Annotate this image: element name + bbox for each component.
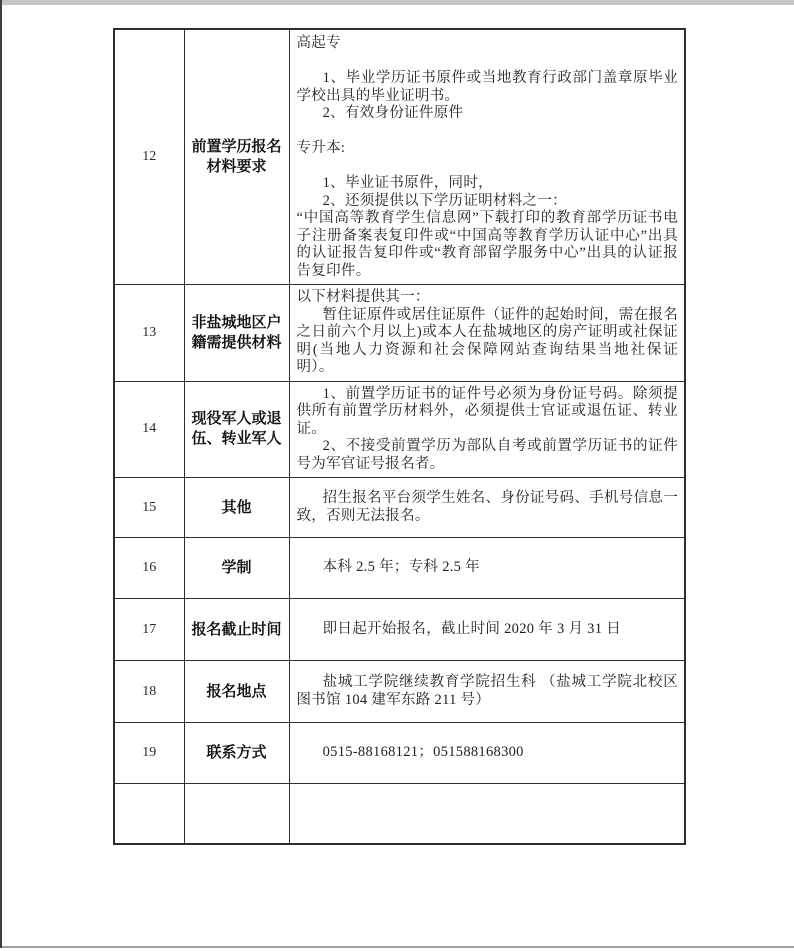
- row-label-cell: 学制: [184, 538, 289, 599]
- row-label-cell: 报名地点: [184, 661, 289, 723]
- paragraph: 1、前置学历证书的证件号必须为身份证号码。除须提供所有前置学历材料外，必须提供士…: [297, 386, 679, 439]
- row-label-cell: 非盐城地区户籍需提供材料: [184, 285, 289, 382]
- paragraph: 高起专: [297, 35, 679, 53]
- paragraph: 盐城工学院继续教育学院招生科 （盐城工学院北校区 图书馆 104 建军东路 21…: [297, 674, 679, 709]
- paragraph: 专升本:: [297, 140, 679, 158]
- row-content-cell: 高起专1、毕业学历证书原件或当地教育行政部门盖章原毕业学校出具的毕业证明书。2、…: [289, 29, 685, 285]
- row-content-cell: 盐城工学院继续教育学院招生科 （盐城工学院北校区 图书馆 104 建军东路 21…: [289, 661, 685, 723]
- page-left-edge: [0, 0, 2, 948]
- row-content-cell: 1、前置学历证书的证件号必须为身份证号码。除须提供所有前置学历材料外，必须提供士…: [289, 381, 685, 478]
- table-row: [114, 784, 685, 844]
- table-row: 14现役军人或退伍、转业军人1、前置学历证书的证件号必须为身份证号码。除须提供所…: [114, 381, 685, 478]
- row-content-cell: [289, 784, 685, 844]
- paragraph: “中国高等教育学生信息网”下载打印的教育部学历证书电子注册备案表复印件或“中国高…: [297, 210, 679, 280]
- row-number-cell: 16: [114, 538, 184, 599]
- row-label-cell: 其他: [184, 478, 289, 538]
- row-content-cell: 招生报名平台须学生姓名、身份证号码、手机号信息一致，否则无法报名。: [289, 478, 685, 538]
- paragraph: 2、还须提供以下学历证明材料之一：: [297, 193, 679, 211]
- paragraph: 2、有效身份证件原件: [297, 105, 679, 123]
- paragraph: 1、毕业学历证书原件或当地教育行政部门盖章原毕业学校出具的毕业证明书。: [297, 70, 679, 105]
- row-label-cell: [184, 784, 289, 844]
- row-number-cell: 19: [114, 723, 184, 784]
- row-number-cell: 18: [114, 661, 184, 723]
- paragraph: 以下材料提供其一：: [297, 289, 679, 307]
- row-label-cell: 前置学历报名材料要求: [184, 29, 289, 285]
- table-row: 12前置学历报名材料要求高起专1、毕业学历证书原件或当地教育行政部门盖章原毕业学…: [114, 29, 685, 285]
- row-content-cell: 即日起开始报名，截止时间 2020 年 3 月 31 日: [289, 599, 685, 661]
- row-content-cell: 0515-88168121；051588168300: [289, 723, 685, 784]
- row-content-cell: 本科 2.5 年；专科 2.5 年: [289, 538, 685, 599]
- row-label-cell: 联系方式: [184, 723, 289, 784]
- paragraph-spacer: [297, 53, 679, 71]
- paragraph: 1、毕业证书原件，同时，: [297, 175, 679, 193]
- row-number-cell: 12: [114, 29, 184, 285]
- table-row: 16学制本科 2.5 年；专科 2.5 年: [114, 538, 685, 599]
- paragraph: 本科 2.5 年；专科 2.5 年: [297, 559, 679, 577]
- row-number-cell: [114, 784, 184, 844]
- table-row: 13非盐城地区户籍需提供材料以下材料提供其一：暂住证原件或居住证原件（证件的起始…: [114, 285, 685, 382]
- paragraph: 0515-88168121；051588168300: [297, 744, 679, 762]
- table-row: 17报名截止时间即日起开始报名，截止时间 2020 年 3 月 31 日: [114, 599, 685, 661]
- page-bottom-edge: [2, 946, 794, 948]
- table-row: 15其他招生报名平台须学生姓名、身份证号码、手机号信息一致，否则无法报名。: [114, 478, 685, 538]
- row-number-cell: 13: [114, 285, 184, 382]
- row-number-cell: 14: [114, 381, 184, 478]
- paragraph: 2、不接受前置学历为部队自考或前置学历证书的证件号为军官证号报名者。: [297, 438, 679, 473]
- table-row: 18报名地点盐城工学院继续教育学院招生科 （盐城工学院北校区 图书馆 104 建…: [114, 661, 685, 723]
- paragraph-spacer: [297, 158, 679, 176]
- row-label-cell: 报名截止时间: [184, 599, 289, 661]
- row-number-cell: 17: [114, 599, 184, 661]
- paragraph: 招生报名平台须学生姓名、身份证号码、手机号信息一致，否则无法报名。: [297, 490, 679, 525]
- row-number-cell: 15: [114, 478, 184, 538]
- page-top-edge: [0, 0, 794, 5]
- paragraph: 即日起开始报名，截止时间 2020 年 3 月 31 日: [297, 621, 679, 639]
- paragraph-spacer: [297, 123, 679, 141]
- paragraph: 暂住证原件或居住证原件（证件的起始时间，需在报名之日前六个月以上)或本人在盐城地…: [297, 307, 679, 377]
- table-row: 19联系方式0515-88168121；051588168300: [114, 723, 685, 784]
- requirements-table: 12前置学历报名材料要求高起专1、毕业学历证书原件或当地教育行政部门盖章原毕业学…: [113, 28, 686, 845]
- row-content-cell: 以下材料提供其一：暂住证原件或居住证原件（证件的起始时间，需在报名之日前六个月以…: [289, 285, 685, 382]
- row-label-cell: 现役军人或退伍、转业军人: [184, 381, 289, 478]
